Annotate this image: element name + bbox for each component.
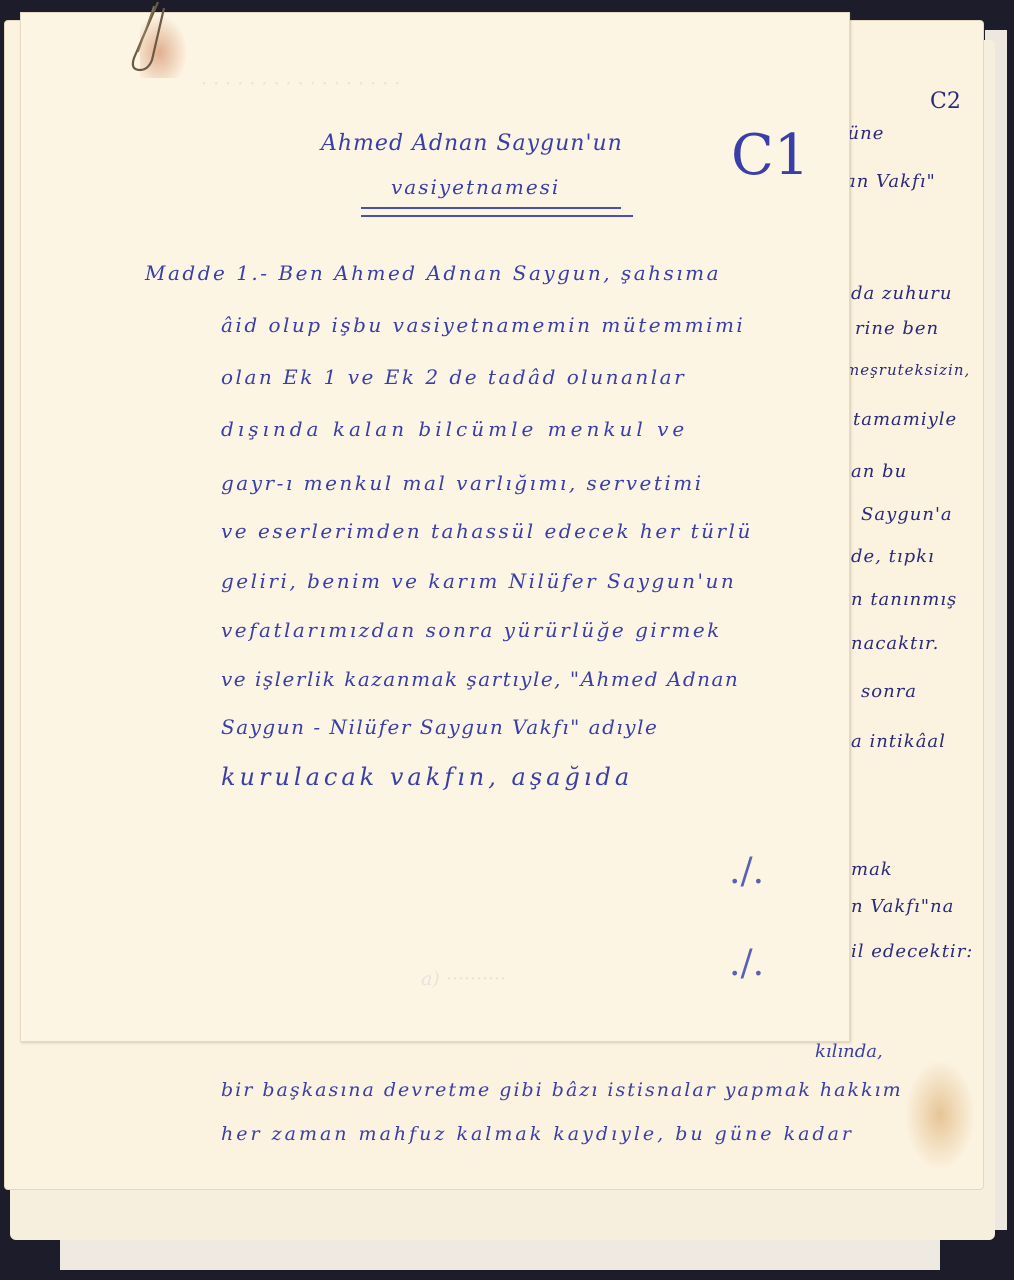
under-line: nacaktır.: [851, 633, 939, 654]
text-line: kurulacak vakfın, aşağıda: [221, 763, 633, 791]
under-line: mak: [851, 859, 893, 880]
under-line: il edecektir:: [851, 941, 973, 962]
under-line: rine ben: [855, 318, 939, 339]
under-line: Saygun'a: [861, 504, 953, 525]
under-line: sonra: [861, 681, 917, 702]
under-line: tamamiyle: [853, 409, 957, 430]
text-line: vefatlarımızdan sonra yürürlüğe girmek: [221, 618, 722, 642]
under-bottom-line: kılında,: [815, 1041, 883, 1062]
text-line: dışında kalan bilcümle menkul ve: [221, 417, 688, 441]
under-line: de, tıpkı: [851, 546, 935, 567]
text-line: ve eserlerimden tahassül edecek her türl…: [221, 519, 753, 543]
page-mark-c1: C1: [731, 123, 809, 188]
title-underline: [361, 207, 621, 209]
text-line: âid olup işbu vasiyetnamemin mütemmimi: [221, 313, 745, 337]
water-stain: [905, 1060, 975, 1170]
under-line: a intikâal: [851, 731, 946, 752]
title-underline: [361, 215, 633, 217]
front-page: · · · · · · · · · · · · · · · · · a) ···…: [20, 12, 850, 1042]
text-line: geliri, benim ve karım Nilüfer Saygun'un: [221, 569, 736, 593]
under-line: an Vakfı": [845, 171, 936, 192]
under-line: meşruteksizin,: [845, 361, 970, 379]
page-mark-c2: C2: [930, 89, 961, 114]
paper-clip-icon: [128, 0, 166, 72]
under-line: da zuhuru: [851, 283, 952, 304]
under-line: an bu: [851, 461, 907, 482]
text-line: olan Ek 1 ve Ek 2 de tadâd olunanlar: [221, 365, 686, 389]
text-line: ve işlerlik kazanmak şartıyle, "Ahmed Ad…: [221, 667, 739, 691]
document-title: Ahmed Adnan Saygun'un: [321, 131, 623, 156]
text-line: gayr-ı menkul mal varlığımı, servetimi: [221, 471, 704, 495]
under-bottom-line: bir başkasına devretme gibi bâzı istisna…: [221, 1079, 903, 1101]
document-subtitle: vasiyetnamesi: [391, 175, 560, 199]
under-bottom-line: her zaman mahfuz kalmak kaydıyle, bu gün…: [221, 1123, 854, 1145]
under-line: n tanınmış: [851, 589, 957, 610]
text-line: Madde 1.- Ben Ahmed Adnan Saygun, şahsım…: [145, 261, 721, 285]
under-line: n Vakfı"na: [851, 896, 954, 917]
continuation-mark: ./.: [729, 943, 764, 984]
text-line: Saygun - Nilüfer Saygun Vakfı" adıyle: [221, 715, 658, 739]
continuation-mark: ./.: [729, 851, 764, 892]
